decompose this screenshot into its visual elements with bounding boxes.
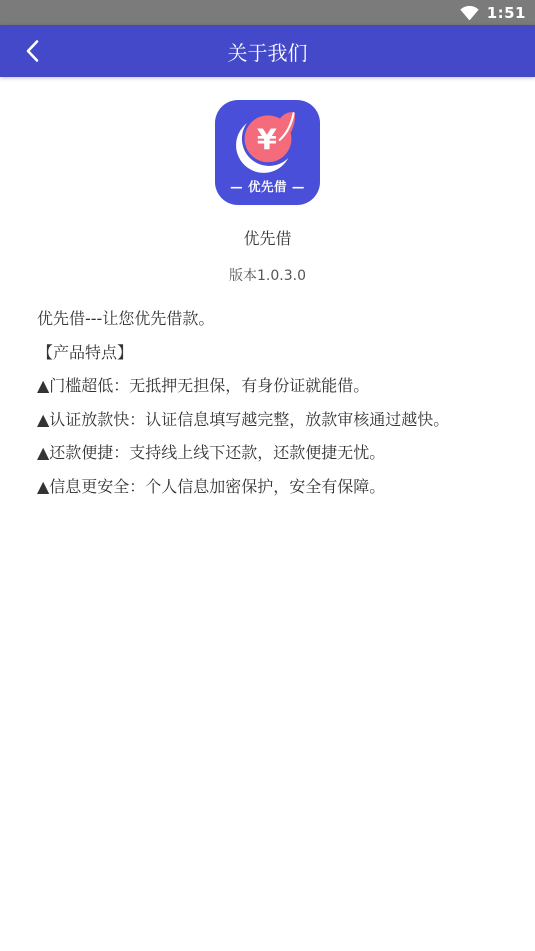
feature-item: ▲信息更安全：个人信息加密保护，安全有保障。 [37,470,507,504]
yuan-symbol: ¥ [256,122,276,156]
app-name: 优先借 [0,226,535,249]
wifi-icon [459,4,480,21]
app-logo: ¥ — 优先借 — [215,100,320,205]
app-bar: 关于我们 [0,25,535,77]
app-version: 版本1.0.3.0 [0,265,535,285]
feature-item: ▲还款便捷：支持线上线下还款，还款便捷无忧。 [37,436,507,470]
about-section-title: 【产品特点】 [37,336,507,370]
yuan-coin-icon: ¥ [231,109,305,175]
app-icon-label: — 优先借 — [230,177,305,195]
status-time: 1:51 [487,4,526,22]
back-button[interactable] [10,25,54,77]
about-intro: 优先借---让您优先借款。 [37,302,507,336]
about-text: 优先借---让您优先借款。 【产品特点】 ▲门槛超低：无抵押无担保，有身份证就能… [0,285,535,503]
feature-item: ▲门槛超低：无抵押无担保，有身份证就能借。 [37,369,507,403]
page-title: 关于我们 [228,37,308,66]
back-chevron-icon [26,39,39,63]
about-page-content: ¥ — 优先借 — 优先借 版本1.0.3.0 优先借---让您优先借款。 【产… [0,77,535,503]
status-bar: 1:51 [0,0,535,25]
feature-item: ▲认证放款快：认证信息填写越完整，放款审核通过越快。 [37,403,507,437]
